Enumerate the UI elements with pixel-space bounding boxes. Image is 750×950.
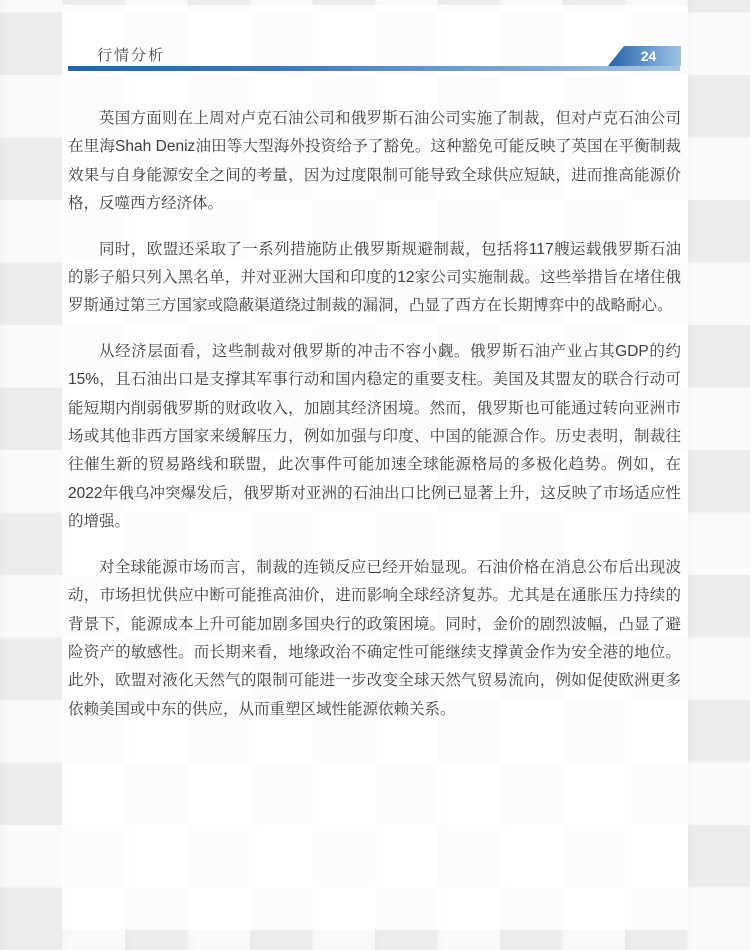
page-number: 24 — [633, 48, 657, 64]
analysis-text: 英国方面则在上周对卢克石油公司和俄罗斯石油公司实施了制裁，但对卢克石油公司在里海… — [68, 71, 681, 741]
report-canvas: { "header": { "title": "行情分析", "page_num… — [0, 0, 750, 950]
report-page: 行情分析 24 英国方面则在上周对卢克石油公司和俄罗斯石油公司实施了制裁，但对卢… — [62, 5, 688, 930]
page-title: 行情分析 — [97, 44, 165, 65]
paragraph-economic-impact: 从经济层面看，这些制裁对俄罗斯的冲击不容小觑。俄罗斯石油产业占其GDP的约15%… — [68, 338, 681, 537]
page-number-badge: 24 — [608, 46, 681, 66]
paragraph-uk-sanctions: 英国方面则在上周对卢克石油公司和俄罗斯石油公司实施了制裁，但对卢克石油公司在里海… — [68, 105, 681, 219]
paragraph-eu-measures: 同时，欧盟还采取了一系列措施防止俄罗斯规避制裁，包括将117艘运载俄罗斯石油的影… — [68, 236, 681, 321]
paragraph-energy-market: 对全球能源市场而言，制裁的连锁反应已经开始显现。石油价格在消息公布后出现波动，市… — [68, 554, 681, 724]
